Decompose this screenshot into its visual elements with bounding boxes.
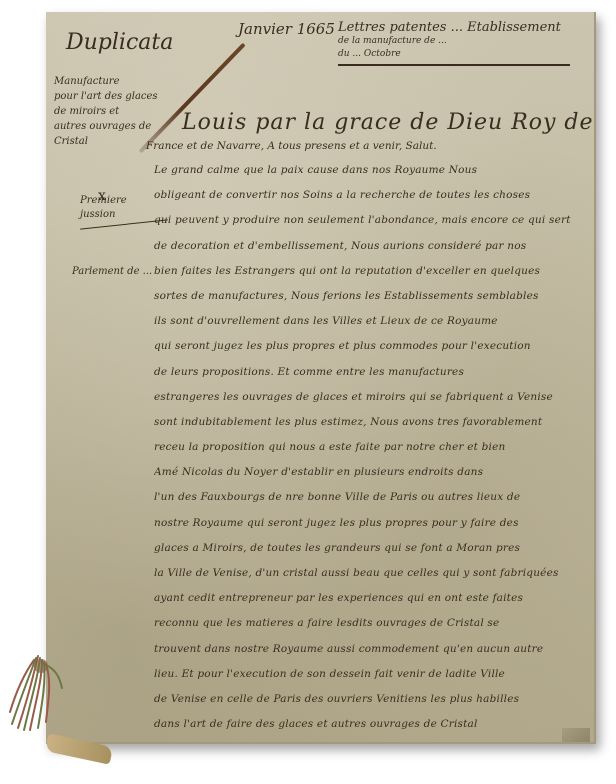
- margin-note-middle: Premiere jussion: [80, 194, 127, 222]
- margin-note-line: pour l'art des glaces: [54, 89, 158, 104]
- body-line: l'un des Fauxbourgs de nre bonne Ville d…: [154, 485, 574, 510]
- body-line: estrangeres les ouvrages de glaces et mi…: [154, 385, 574, 410]
- header-right-line3: du ... Octobre: [338, 49, 401, 59]
- manuscript-sheet: Duplicata Janvier 1665 Lettres patentes …: [46, 12, 596, 744]
- body-line: sont indubitablement les plus estimez, N…: [154, 410, 574, 435]
- body-line: bien faites les Estrangers qui ont la re…: [154, 259, 574, 284]
- header-rule: [338, 64, 570, 66]
- margin-note-line: autres ouvrages de: [54, 119, 158, 134]
- body-line: qui peuvent y produire non seulement l'a…: [154, 208, 574, 233]
- body-line: nostre Royaume qui seront jugez les plus…: [154, 511, 574, 536]
- body-line: Le grand calme que la paix cause dans no…: [154, 158, 574, 183]
- body-line: obligeant de convertir nos Soins a la re…: [154, 183, 574, 208]
- margin-note-line: Premiere: [80, 194, 127, 208]
- body-line: de decoration et d'embellissement, Nous …: [154, 234, 574, 259]
- margin-note-line: Manufacture: [54, 74, 158, 89]
- body-line: Amé Nicolas du Noyer d'establir en plusi…: [154, 460, 574, 485]
- body-line: glaces a Miroirs, de toutes les grandeur…: [154, 536, 574, 561]
- body-line: de Venise en celle de Paris des ouvriers…: [154, 687, 574, 712]
- second-line: France et de Navarre, A tous presens et …: [146, 140, 437, 152]
- body-line: sortes de manufactures, Nous ferions les…: [154, 284, 574, 309]
- body-line: qui seront jugez les plus propres et plu…: [154, 334, 574, 359]
- margin-note-lower: Parlement de ...: [72, 266, 152, 277]
- body-line: dans l'art de faire des glaces et autres…: [154, 712, 574, 737]
- body-line: reconnu que les matieres a faire lesdits…: [154, 611, 574, 636]
- silk-tassel-icon: [8, 652, 64, 732]
- body-line: de leurs propositions. Et comme entre le…: [154, 360, 574, 385]
- document-date: Janvier 1665: [238, 20, 335, 38]
- body-line: ayant cedit entrepreneur par les experie…: [154, 586, 574, 611]
- body-text: Le grand calme que la paix cause dans no…: [154, 158, 574, 737]
- body-line: receu la proposition qui nous a este fai…: [154, 435, 574, 460]
- body-line: ils sont d'ouvrellement dans les Villes …: [154, 309, 574, 334]
- body-line: trouvent dans nostre Royaume aussi commo…: [154, 637, 574, 662]
- margin-note-line: de miroirs et: [54, 104, 158, 119]
- body-line: la Ville de Venise, d'un cristal aussi b…: [154, 561, 574, 586]
- header-right-line2: de la manufacture de ...: [338, 36, 447, 46]
- margin-note-line: jussion: [80, 208, 127, 222]
- margin-note-top: Manufacture pour l'art des glaces de mir…: [54, 74, 158, 149]
- header-right-line1: Lettres patentes ... Etablissement: [338, 20, 561, 35]
- duplicata-heading: Duplicata: [66, 30, 173, 55]
- body-line: lieu. Et pour l'execution de son dessein…: [154, 662, 574, 687]
- folded-corner: [562, 728, 590, 742]
- opening-line: Louis par la grace de Dieu Roy de: [182, 110, 594, 135]
